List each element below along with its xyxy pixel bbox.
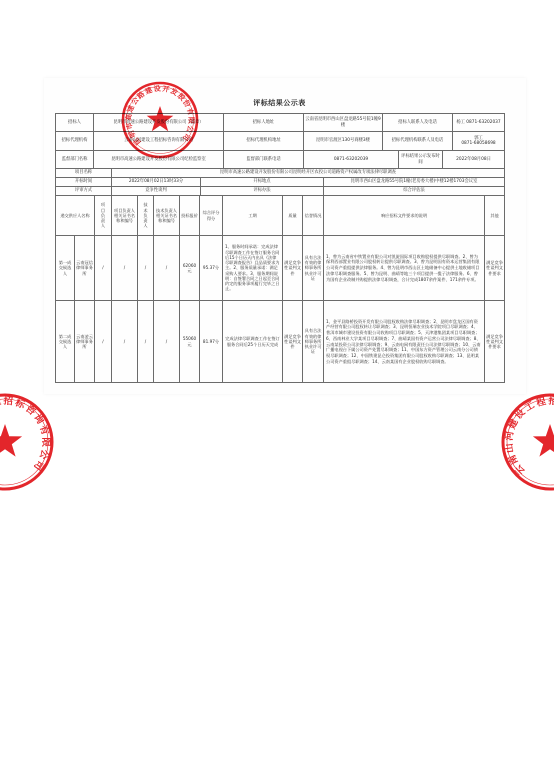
supervisor-phone-value: 0871-63202039 [304,151,399,169]
header-period: 工期 [223,196,283,236]
tenderer-contact-value: 杨工 0871-63202037 [453,114,505,132]
candidate-score: 81.97分 [200,301,223,383]
header-response: 响应招标文件要求的说明 [324,196,485,236]
agency-row: 招标代理机构 云南山河建设工程招标咨询有限公司 招标代理机构地址 昆明市官渡区1… [56,132,505,151]
open-time-value: 2022年08月02日13时33分 [112,178,201,187]
candidate-tech-lead-cert: / [154,301,180,383]
candidate-period: 1、服务时间承诺：完成法律尽职调查工作在签订服务合同后15个日历天内出具《法律尽… [223,236,283,301]
document-title: 评标结果公示表 [55,98,504,108]
agency-contact-phone: 0871-68058698 [454,141,503,146]
candidate-bid-price: 62060元 [180,236,200,301]
table-header-row: 递交供应人名称 项目负责人 项目负责人相关证书名称和编号 技术负责人 技术负责人… [56,196,505,236]
candidate-name: 云南凌云律师事务所 [75,301,95,383]
header-other: 其他 [485,196,505,236]
opening-row: 开标时间 2022年08月02日13时33分 开标地点 昆明市西山区盘龙路55号… [56,178,505,187]
tenderer-row: 招标人 昆明市高速公路建设开发股份有限公司（盖章） 招标人地址 云南省昆明市西山… [56,114,505,132]
tenderer-contact-label: 招标人联系人及电话 [383,114,453,132]
tenderer-address-value: 云南省昆明市西山区盘龙路55号院1幢9楼 [304,114,383,132]
project-name-label: 项目名称 [56,169,112,178]
project-name-row: 项目名称 昆明市高速公路建设开发股份有限公司昆明经开区农投公司道路资产权属改专项… [56,169,505,178]
candidate-tech-lead: / [138,236,154,301]
agency-contact-label: 招标代理机构联系人及电话 [383,132,453,151]
candidate-rank: 第二成交候选人 [56,301,75,383]
candidate-rank: 第一成交候选人 [56,236,75,301]
publish-time-value: 2022年08月08日 [443,151,505,169]
supervisor-row: 监督部门名称 昆明市高速公路建设开发股份有限公司纪检监察室 监督部门联系电话 0… [56,151,505,169]
header-bid-price: 投标报价 [180,196,200,236]
candidate-bid-price: 55060元 [180,301,200,383]
candidate-tech-lead-cert: / [154,236,180,301]
table-row: 第二成交候选人 云南凌云律师事务所 / / / / 55060元 81.97分 … [56,301,505,383]
candidate-quality: 满足竞争性谈判文件 [283,236,303,301]
open-time-label: 开标时间 [56,178,112,187]
agency-address-label: 招标代理机构地址 [224,132,304,151]
header-score: 综合评分得分 [200,196,223,236]
candidate-tech-lead: / [138,301,154,383]
evaluation-results-table: 递交供应人名称 项目负责人 项目负责人相关证书名称和编号 技术负责人 技术负责人… [55,195,505,383]
svg-text:云南山河建设工程招标咨询有限公司: 云南山河建设工程招标咨询有限公司 [503,395,554,477]
candidate-project-manager-cert: / [112,236,138,301]
candidate-response: 1、金平县路桥投资开发有限公司股权收购法律尽职调查；2、昆明市盘龙区国有资产经营… [324,301,485,383]
agency-value: 云南山河建设工程招标咨询有限公司 [94,132,224,151]
header-project-manager-cert: 项目负责人相关证书名称和编号 [112,196,138,236]
supervisor-label: 监督部门名称 [56,151,94,169]
project-name-value: 昆明市高速公路建设开发股份有限公司昆明经开区农投公司道路资产权属改专项法律尽职调… [112,169,505,178]
agency-seal-left-half-icon: 云南山河建设工程招标咨询有限公司 [0,395,52,489]
candidate-other: 满足竞争性谈判文件要求 [485,236,505,301]
candidate-project-manager-cert: / [112,301,138,383]
table-row: 第一成交候选人 云南冠信律师事务所 / / / / 62060元 95.37分 … [56,236,505,301]
project-info-table: 招标人 昆明市高速公路建设开发股份有限公司（盖章） 招标人地址 云南省昆明市西山… [55,113,505,196]
agency-seal-right-half-icon: 云南山河建设工程招标咨询有限公司 [503,395,554,489]
tenderer-address-label: 招标人地址 [224,114,304,132]
candidate-response: 1、曾为云南省中铁置业有限公司对凯旋国际项目收购股权提供尽职调查。2、曾为保利西… [324,236,485,301]
agency-address-value: 昆明市官渡区130号商楼3楼 [304,132,383,151]
header-supplier: 递交供应人名称 [56,196,95,236]
candidate-period: 完成法律尽职调查工作在签订服务合同后25个日历天完成 [223,301,283,383]
supervisor-value: 昆明市高速公路建设开发股份有限公司纪检监察室 [94,151,224,169]
agency-seal-text-right: 云南山河建设工程招标咨询有限公司 [503,395,554,477]
star-icon [533,424,554,457]
header-credit: 信誉情况 [303,196,324,236]
header-tech-lead-cert: 技术负责人相关证书名称和编号 [154,196,180,236]
agency-contact-value: 郭工 0871-68058698 [453,132,505,151]
candidate-credit: 具有合法有效的律师事务所执业许可证 [303,236,324,301]
header-tech-lead: 技术负责人 [138,196,154,236]
tenderer-label: 招标人 [56,114,94,132]
candidate-quality: 满足竞争性谈判文件 [283,301,303,383]
star-icon [0,424,22,457]
header-quality: 质量 [283,196,303,236]
agency-seal-text-left: 云南山河建设工程招标咨询有限公司 [0,395,52,477]
header-project-manager: 项目负责人 [95,196,112,236]
open-place-value: 昆明市西山区盘龙路55号院1幢(老房委大楼)中楼12楼1703会议室 [324,178,505,187]
candidate-name: 云南冠信律师事务所 [75,236,95,301]
open-place-label: 开标地点 [201,178,324,187]
candidate-score: 95.37分 [200,236,223,301]
agency-label: 招标代理机构 [56,132,94,151]
svg-text:云南山河建设工程招标咨询有限公司: 云南山河建设工程招标咨询有限公司 [0,395,52,477]
candidate-project-manager: / [95,236,112,301]
candidate-project-manager: / [95,301,112,383]
supervisor-phone-label: 监督部门联系电话 [224,151,304,169]
publish-time-label: 评标结果公示发布时间 [399,151,443,169]
candidate-credit: 具有合法有效的律师事务所执业许可证 [303,301,324,383]
tenderer-value: 昆明市高速公路建设开发股份有限公司（盖章） [94,114,224,132]
candidate-other: 满足竞争性谈判文件要求 [485,301,505,383]
